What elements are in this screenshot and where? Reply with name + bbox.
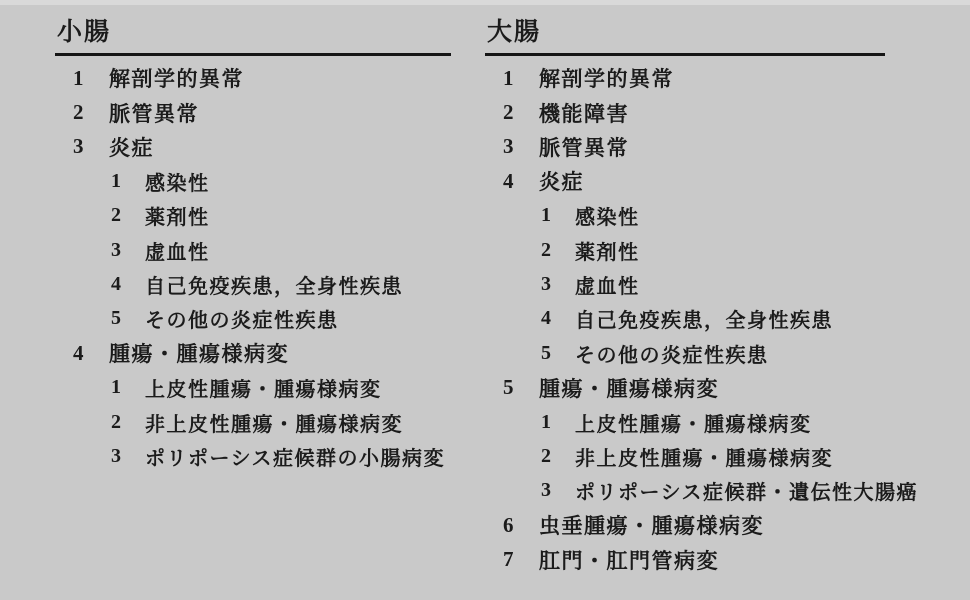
item-label: 虚血性 (575, 270, 640, 299)
item-number: 2 (503, 100, 539, 125)
item-number: 5 (541, 342, 575, 365)
item-label: 解剖学的異常 (539, 63, 674, 93)
item-label: 炎症 (109, 132, 154, 162)
item-number: 1 (111, 170, 145, 193)
item-number: 1 (541, 204, 575, 227)
list-item: 3虚血性 (55, 233, 451, 267)
list-item: 2機能障害 (485, 95, 885, 129)
column-title-large-intestine: 大腸 (485, 18, 885, 56)
item-number: 1 (111, 376, 145, 399)
item-label: 肛門・肛門管病変 (539, 545, 719, 575)
item-label: 虫垂腫瘍・腫瘍様病変 (539, 510, 764, 540)
item-number: 3 (541, 479, 575, 502)
item-label: 自己免疫疾患，全身性疾患 (145, 270, 403, 299)
item-number: 2 (111, 204, 145, 227)
list-item: 1感染性 (485, 199, 885, 233)
item-number: 7 (503, 547, 539, 572)
list-item: 5その他の炎症性疾患 (485, 336, 885, 370)
list-item: 4自己免疫疾患，全身性疾患 (485, 302, 885, 336)
item-number: 2 (111, 411, 145, 434)
list-item: 4自己免疫疾患，全身性疾患 (55, 267, 451, 301)
list-item: 2非上皮性腫瘍・腫瘍様病変 (55, 405, 451, 439)
list-item: 7肛門・肛門管病変 (485, 542, 885, 576)
item-number: 4 (111, 273, 145, 296)
item-number: 1 (73, 66, 109, 91)
item-number: 3 (111, 239, 145, 262)
list-item: 5その他の炎症性疾患 (55, 302, 451, 336)
item-label: 上皮性腫瘍・腫瘍様病変 (575, 408, 812, 437)
list-item: 4腫瘍・腫瘍様病変 (55, 336, 451, 370)
list-item: 2脈管異常 (55, 95, 451, 129)
item-label: 脈管異常 (539, 132, 629, 162)
item-number: 3 (541, 273, 575, 296)
item-number: 5 (111, 307, 145, 330)
item-label: 非上皮性腫瘍・腫瘍様病変 (145, 408, 403, 437)
list-item: 2薬剤性 (485, 233, 885, 267)
list-item: 1解剖学的異常 (485, 61, 885, 95)
item-label: 炎症 (539, 166, 584, 196)
item-label: 薬剤性 (145, 201, 210, 230)
item-label: 感染性 (145, 167, 210, 196)
list-item: 1感染性 (55, 164, 451, 198)
list-item: 3ポリポーシス症候群の小腸病変 (55, 439, 451, 473)
list-item: 3虚血性 (485, 267, 885, 301)
item-label: その他の炎症性疾患 (145, 304, 339, 333)
list-item: 5腫瘍・腫瘍様病変 (485, 371, 885, 405)
item-number: 2 (541, 239, 575, 262)
item-number: 3 (503, 134, 539, 159)
list-item: 1上皮性腫瘍・腫瘍様病変 (55, 371, 451, 405)
item-label: ポリポーシス症候群の小腸病変 (145, 442, 445, 471)
item-label: 脈管異常 (109, 98, 199, 128)
list-item: 3脈管異常 (485, 130, 885, 164)
item-label: 機能障害 (539, 98, 629, 128)
item-number: 5 (503, 375, 539, 400)
classification-list: 1解剖学的異常2機能障害3脈管異常4炎症1感染性2薬剤性3虚血性4自己免疫疾患，… (485, 61, 885, 577)
list-item: 2薬剤性 (55, 199, 451, 233)
item-label: 非上皮性腫瘍・腫瘍様病変 (575, 442, 833, 471)
list-item: 6虫垂腫瘍・腫瘍様病変 (485, 508, 885, 542)
item-number: 4 (503, 169, 539, 194)
list-item: 4炎症 (485, 164, 885, 198)
item-label: 自己免疫疾患，全身性疾患 (575, 304, 833, 333)
item-label: 腫瘍・腫瘍様病変 (539, 373, 719, 403)
item-number: 4 (73, 341, 109, 366)
item-label: 感染性 (575, 201, 640, 230)
item-number: 1 (503, 66, 539, 91)
list-item: 3炎症 (55, 130, 451, 164)
item-number: 4 (541, 307, 575, 330)
item-label: 腫瘍・腫瘍様病変 (109, 338, 289, 368)
scan-edge-strip (0, 0, 970, 5)
item-number: 3 (73, 134, 109, 159)
item-number: 3 (111, 445, 145, 468)
list-item: 1上皮性腫瘍・腫瘍様病変 (485, 405, 885, 439)
item-number: 2 (73, 100, 109, 125)
item-number: 1 (541, 411, 575, 434)
list-item: 2非上皮性腫瘍・腫瘍様病変 (485, 439, 885, 473)
column-small-intestine: 小腸 1解剖学的異常2脈管異常3炎症1感染性2薬剤性3虚血性4自己免疫疾患，全身… (55, 18, 451, 474)
item-number: 6 (503, 513, 539, 538)
item-label: 解剖学的異常 (109, 63, 244, 93)
column-title-small-intestine: 小腸 (55, 18, 451, 56)
item-label: その他の炎症性疾患 (575, 339, 769, 368)
item-number: 2 (541, 445, 575, 468)
list-item: 3ポリポーシス症候群・遺伝性大腸癌 (485, 474, 885, 508)
document-page: 小腸 1解剖学的異常2脈管異常3炎症1感染性2薬剤性3虚血性4自己免疫疾患，全身… (0, 0, 970, 600)
classification-list: 1解剖学的異常2脈管異常3炎症1感染性2薬剤性3虚血性4自己免疫疾患，全身性疾患… (55, 61, 451, 474)
column-large-intestine: 大腸 1解剖学的異常2機能障害3脈管異常4炎症1感染性2薬剤性3虚血性4自己免疫… (485, 18, 885, 577)
list-item: 1解剖学的異常 (55, 61, 451, 95)
item-label: 虚血性 (145, 236, 210, 265)
item-label: 薬剤性 (575, 236, 640, 265)
item-label: ポリポーシス症候群・遺伝性大腸癌 (575, 476, 918, 505)
item-label: 上皮性腫瘍・腫瘍様病変 (145, 373, 382, 402)
